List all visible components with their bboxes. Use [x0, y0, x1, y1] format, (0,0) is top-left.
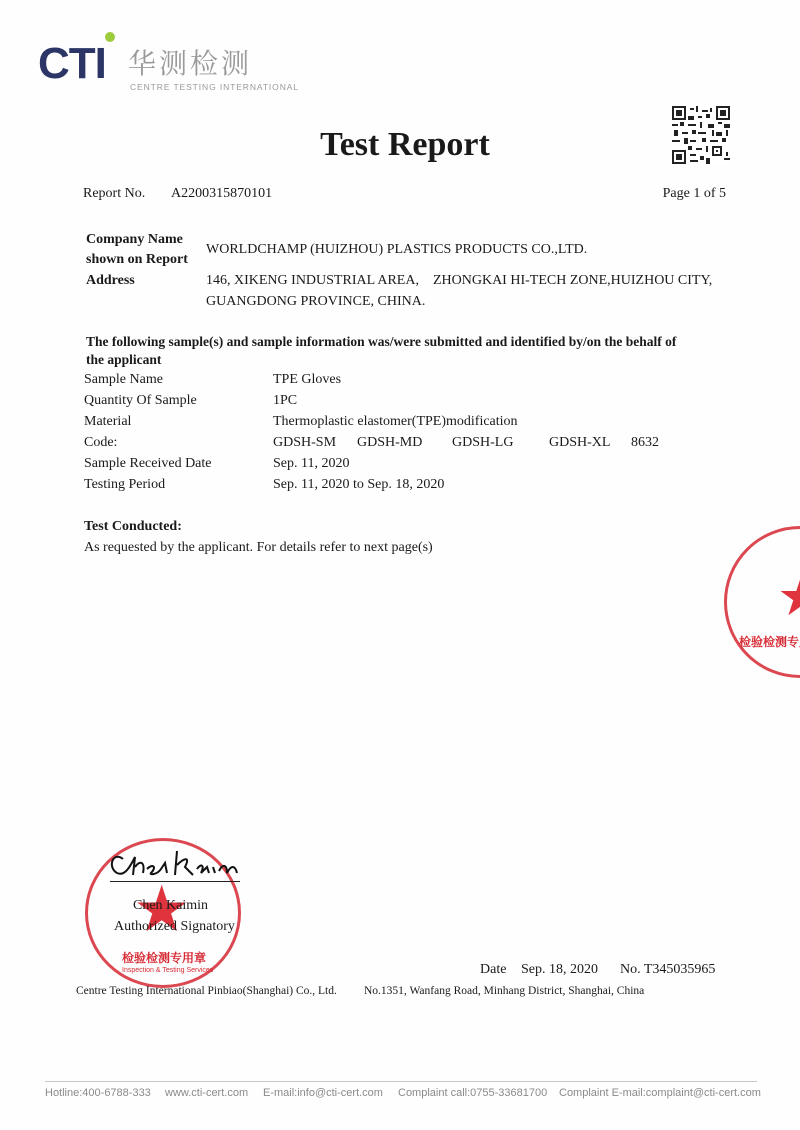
code-value: 8632: [631, 433, 659, 453]
footer-hotline: Hotline:400-6788-333: [45, 1087, 151, 1099]
address-line-1: 146, XIKENG INDUSTRIAL AREA, ZHONGKAI HI…: [206, 271, 712, 291]
issuer-name: Centre Testing International Pinbiao(Sha…: [76, 985, 337, 997]
handwritten-signature: [105, 845, 245, 885]
stamp-english-text: Inspection & Testing Services: [122, 967, 213, 974]
issue-date-label: Date: [480, 960, 506, 980]
logo-english-text: CENTRE TESTING INTERNATIONAL: [130, 82, 299, 92]
official-stamp-right: ★ 检验检测专用章: [724, 526, 800, 678]
code-value: GDSH-MD: [357, 433, 422, 453]
sample-intro-line-2: the applicant: [86, 350, 161, 370]
footer-complaint-call: Complaint call:0755-33681700: [398, 1087, 547, 1099]
signatory-role: Authorized Signatory: [114, 917, 235, 937]
signature-line: [110, 881, 240, 882]
test-conducted-heading: Test Conducted:: [84, 517, 182, 537]
company-name: WORLDCHAMP (HUIZHOU) PLASTICS PRODUCTS C…: [206, 240, 587, 260]
report-no-label: Report No.: [83, 184, 145, 204]
document-title: Test Report: [0, 126, 800, 164]
footer-complaint-email[interactable]: Complaint E-mail:complaint@cti-cert.com: [559, 1087, 761, 1099]
issue-date: Sep. 18, 2020: [521, 960, 598, 980]
sample-row-value: 1PC: [273, 391, 297, 411]
logo-chinese-text: 华测检测: [128, 48, 252, 80]
address-line-2: GUANGDONG PROVINCE, CHINA.: [206, 292, 425, 312]
code-value: GDSH-LG: [452, 433, 513, 453]
sample-row-label: Material: [84, 412, 131, 432]
address-label: Address: [86, 271, 135, 291]
company-name-label: Company Name: [86, 230, 183, 250]
issuer-address: No.1351, Wanfang Road, Minhang District,…: [364, 985, 644, 997]
page-indicator: Page 1 of 5: [663, 184, 726, 204]
code-value: GDSH-SM: [273, 433, 336, 453]
sample-row-value: TPE Gloves: [273, 370, 341, 390]
stamp-star-icon: ★: [777, 567, 800, 627]
sample-row-label: Testing Period: [84, 475, 165, 495]
company-name-label-2: shown on Report: [86, 250, 188, 270]
stamp-chinese-text: 检验检测专用章: [122, 949, 206, 966]
stamp-text: 检验检测专用章: [739, 633, 800, 650]
sample-row-label: Sample Name: [84, 370, 163, 390]
code-value: GDSH-XL: [549, 433, 610, 453]
sample-row-label: Quantity Of Sample: [84, 391, 197, 411]
sample-intro-line-1: The following sample(s) and sample infor…: [86, 332, 676, 352]
footer-divider: [45, 1081, 757, 1082]
footer-website[interactable]: www.cti-cert.com: [165, 1087, 248, 1099]
sample-row-value: Sep. 11, 2020: [273, 454, 349, 474]
sample-row-value: Thermoplastic elastomer(TPE)modification: [273, 412, 518, 432]
logo-dot-icon: [105, 32, 115, 42]
footer-email[interactable]: E-mail:info@cti-cert.com: [263, 1087, 383, 1099]
sample-row-label: Code:: [84, 433, 117, 453]
sample-row-label: Sample Received Date: [84, 454, 212, 474]
test-conducted-text: As requested by the applicant. For detai…: [84, 538, 433, 558]
sample-row-value: Sep. 11, 2020 to Sep. 18, 2020: [273, 475, 444, 495]
cti-logo: CTI: [38, 40, 106, 88]
report-no: A2200315870101: [171, 184, 272, 204]
signatory-name: Chen Kaimin: [133, 896, 208, 916]
certificate-number: No. T345035965: [620, 960, 715, 980]
